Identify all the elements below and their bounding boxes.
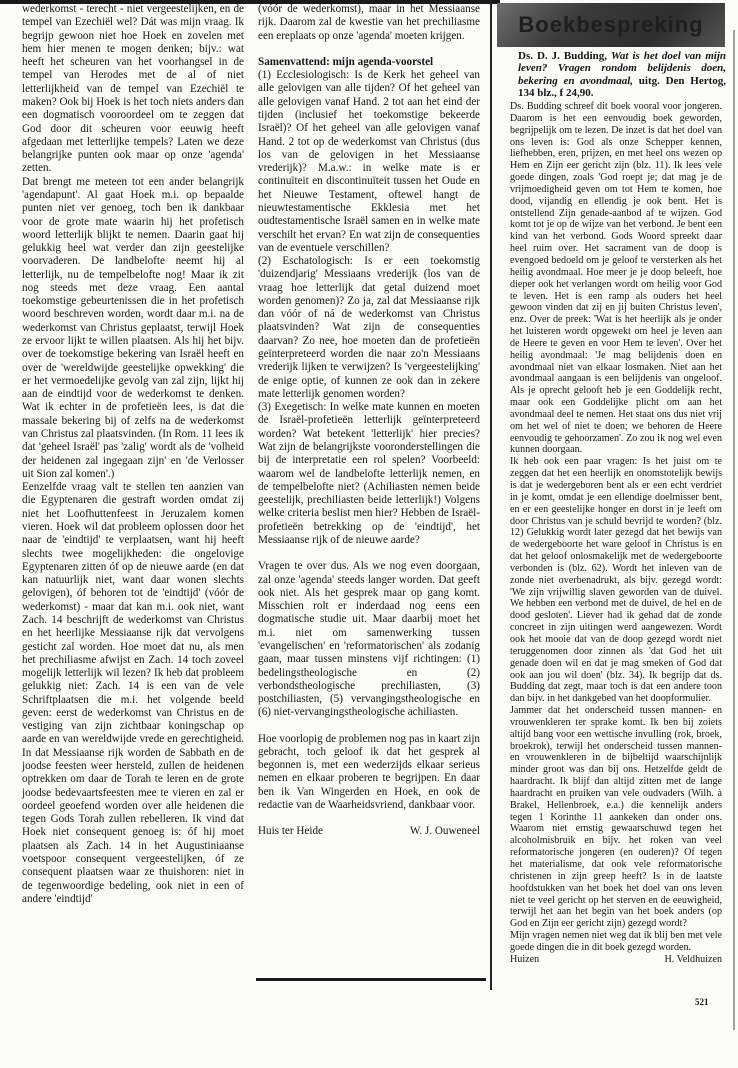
paragraph: Vragen te over dus. Als we nog even door… bbox=[258, 560, 480, 719]
paragraph: wederkomst - terecht - niet vergeestelij… bbox=[22, 3, 244, 176]
article-column-1: wederkomst - terecht - niet vergeestelij… bbox=[22, 3, 244, 906]
point-eschatologisch: (2) Eschatologisch: Is er een toekomstig… bbox=[258, 255, 480, 401]
page-edge-shadow bbox=[733, 30, 735, 1030]
book-author: Ds. D. J. Budding, bbox=[518, 50, 607, 62]
review-column: Ds. Budding schreef dit boek vooral voor… bbox=[510, 101, 722, 966]
article-column-2: (vóór de wederkomst), maar in het Messia… bbox=[258, 3, 480, 839]
signature-author: H. Veldhuizen bbox=[664, 954, 722, 966]
paragraph: Jammer dat het onderscheid tussen mannen… bbox=[510, 705, 722, 930]
column-divider bbox=[490, 0, 492, 990]
signature-place: Huis ter Heide bbox=[258, 825, 323, 838]
paragraph: Mijn vragen nemen niet weg dat ik blij b… bbox=[510, 930, 722, 954]
book-reference: Ds. D. J. Budding, Wat is het doel van m… bbox=[518, 50, 726, 100]
point-ecclesiologisch: (1) Ecclesiologisch: Is de Kerk het gehe… bbox=[258, 69, 480, 255]
paragraph: Ds. Budding schreef dit boek vooral voor… bbox=[510, 101, 722, 456]
page-number: 521 bbox=[695, 997, 709, 1007]
signature-author: W. J. Ouweneel bbox=[410, 825, 480, 838]
section-heading: Samenvattend: mijn agenda-voorstel bbox=[258, 56, 480, 69]
article-end-rule bbox=[256, 978, 486, 981]
point-exegetisch: (3) Exegetisch: In welke mate kunnen en … bbox=[258, 401, 480, 547]
paragraph: Hoe voorlopig de problemen nog pas in ka… bbox=[258, 733, 480, 813]
signature: Huis ter Heide W. J. Ouweneel bbox=[258, 825, 480, 838]
paragraph: Dat brengt me meteen tot een ander belan… bbox=[22, 176, 244, 481]
section-banner: Boekbespreking bbox=[497, 3, 725, 47]
paragraph: (vóór de wederkomst), maar in het Messia… bbox=[258, 3, 480, 43]
signature: Huizen H. Veldhuizen bbox=[510, 954, 722, 966]
signature-place: Huizen bbox=[510, 954, 539, 966]
paragraph: Eenzelfde vraag valt te stellen ten aanz… bbox=[22, 481, 244, 906]
paragraph: Ik heb ook een paar vragen: Is het juist… bbox=[510, 456, 722, 705]
banner-title: Boekbespreking bbox=[518, 12, 703, 38]
